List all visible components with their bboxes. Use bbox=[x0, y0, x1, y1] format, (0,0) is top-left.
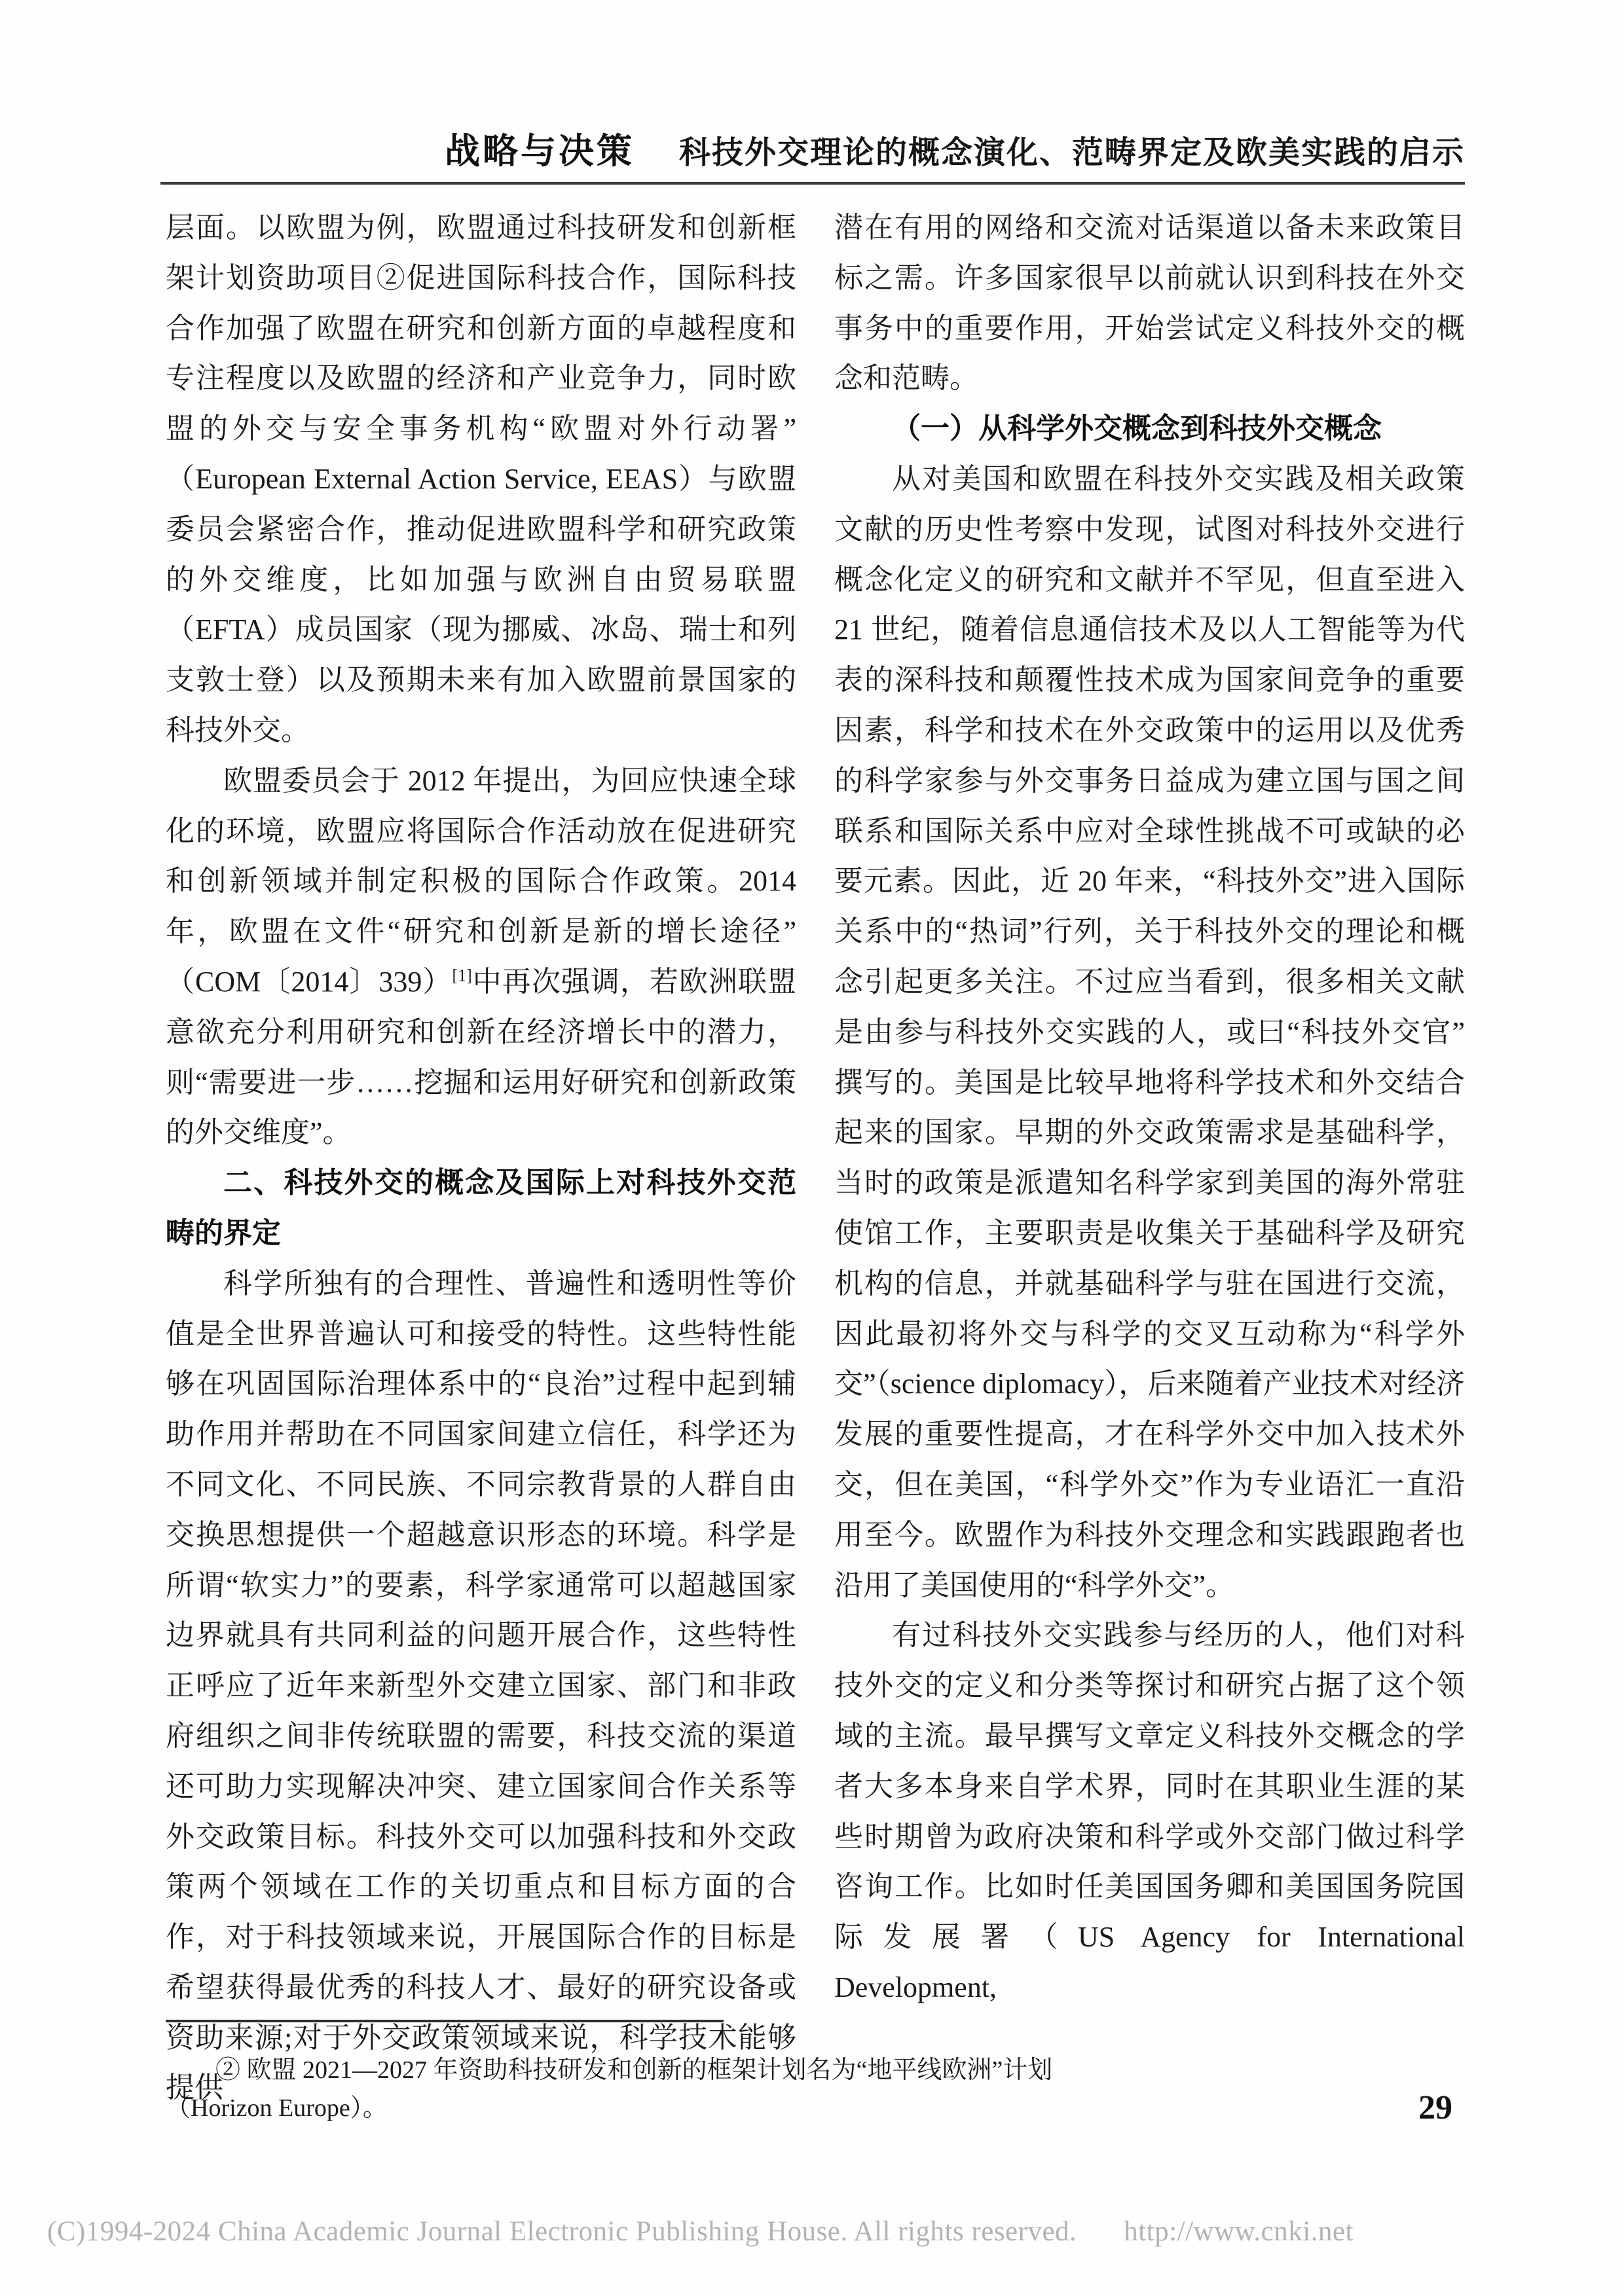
paragraph: 层面。以欧盟为例，欧盟通过科技研发和创新框架计划资助项目②促进国际科技合作，国际… bbox=[166, 203, 796, 756]
paragraph: 从对美国和欧盟在科技外交实践及相关政策文献的历史性考察中发现，试图对科技外交进行… bbox=[834, 454, 1465, 1611]
paragraph: 有过科技外交实践参与经历的人，他们对科技外交的定义和分类等探讨和研究占据了这个领… bbox=[834, 1611, 1465, 2013]
page-number: 29 bbox=[1418, 2088, 1452, 2127]
section-heading: （一）从科学外交概念到科技外交概念 bbox=[834, 404, 1465, 454]
document-page: 战略与决策 科技外交理论的概念演化、范畴界定及欧美实践的启示 层面。以欧盟为例，… bbox=[0, 0, 1624, 2296]
scanned-page: { "header": { "section": "战略与决策", "title… bbox=[0, 0, 1624, 2296]
left-column: 层面。以欧盟为例，欧盟通过科技研发和创新框架计划资助项目②促进国际科技合作，国际… bbox=[166, 203, 796, 2113]
copyright-footer: (C)1994-2024 China Academic Journal Elec… bbox=[47, 2215, 1598, 2248]
citation-superscript: [1] bbox=[452, 966, 471, 985]
right-column: 潜在有用的网络和交流对话渠道以备未来政策目标之需。许多国家很早以前就认识到科技在… bbox=[834, 203, 1465, 2113]
copyright-text: (C)1994-2024 China Academic Journal Elec… bbox=[47, 2215, 1077, 2248]
footnote-area: ② 欧盟 2021—2027 年资助科技研发和创新的框架计划名为“地平线欧洲”计… bbox=[166, 2020, 1148, 2127]
article-title: 科技外交理论的概念演化、范畴界定及欧美实践的启示 bbox=[679, 127, 1465, 172]
paragraph: 科学所独有的合理性、普遍性和透明性等价值是全世界普遍认可和接受的特性。这些特性能… bbox=[166, 1259, 796, 2114]
paragraph: 欧盟委员会于 2012 年提出，为回应快速全球化的环境，欧盟应将国际合作活动放在… bbox=[166, 756, 796, 1158]
paragraph: 潜在有用的网络和交流对话渠道以备未来政策目标之需。许多国家很早以前就认识到科技在… bbox=[834, 203, 1465, 404]
article-body: 层面。以欧盟为例，欧盟通过科技研发和创新框架计划资助项目②促进国际科技合作，国际… bbox=[166, 203, 1465, 2113]
journal-section-label: 战略与决策 bbox=[445, 123, 635, 173]
footnote-text: ② 欧盟 2021—2027 年资助科技研发和创新的框架计划名为“地平线欧洲”计… bbox=[166, 2022, 1148, 2127]
running-head: 战略与决策 科技外交理论的概念演化、范畴界定及欧美实践的启示 bbox=[160, 123, 1465, 173]
cnki-url: http://www.cnki.net bbox=[1124, 2215, 1354, 2248]
header-rule bbox=[160, 182, 1465, 185]
section-heading: 二、科技外交的概念及国际上对科技外交范畴的界定 bbox=[166, 1158, 796, 1259]
